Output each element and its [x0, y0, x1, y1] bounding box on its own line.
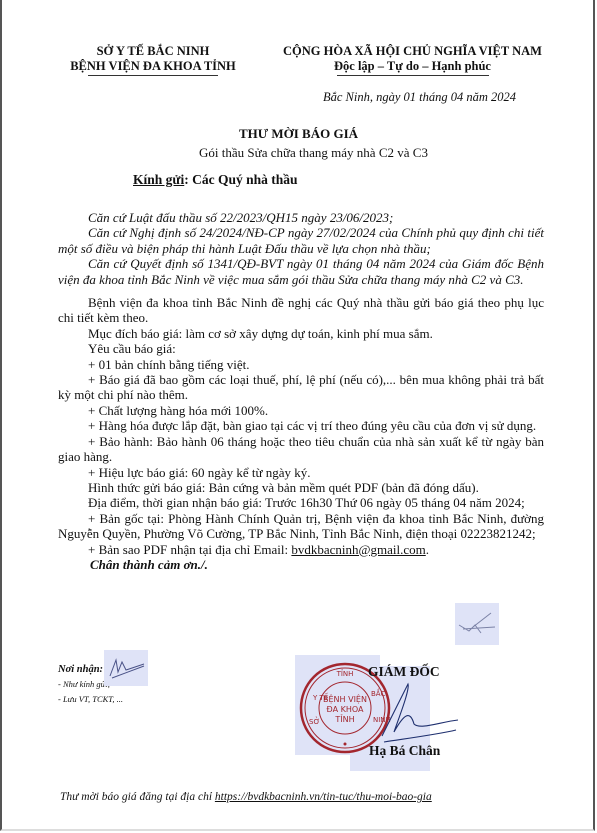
stamp-line: BỆNH VIỆN — [323, 693, 367, 705]
svg-text:SỞ: SỞ — [309, 716, 320, 726]
request-paragraph: Bệnh viện đa khoa tỉnh Bắc Ninh đề nghị … — [58, 295, 544, 326]
director-signature-icon — [380, 680, 460, 750]
thanks-line: Chân thành cảm ơn./. — [58, 557, 544, 572]
purpose-paragraph: Mục đích báo giá: làm cơ sở xây dựng dự … — [58, 326, 544, 341]
email-link[interactable]: bvdkbacninh@gmail.com — [291, 542, 425, 557]
footer-note: Thư mời báo giá đăng tại địa chỉ https:/… — [60, 791, 432, 803]
letter-body: Căn cứ Luật đấu thầu số 22/2023/QH15 ngà… — [58, 210, 544, 572]
requirement-item: + Báo giá đã bao gồm các loại thuế, phí,… — [58, 372, 544, 403]
requirement-item: + Hiệu lực báo giá: 60 ngày kể từ ngày k… — [58, 465, 544, 480]
submission-form: Hình thức gửi báo giá: Bản cứng và bản m… — [58, 480, 544, 495]
initials-patch-2 — [104, 650, 148, 686]
location-time: Địa điểm, thời gian nhận báo giá: Trước … — [58, 495, 544, 510]
original-address: + Bản gốc tại: Phòng Hành Chính Quản trị… — [58, 511, 544, 542]
legal-basis-1: Căn cứ Luật đấu thầu số 22/2023/QH15 ngà… — [58, 210, 544, 225]
requirement-item: + 01 bản chính bằng tiếng việt. — [58, 357, 544, 372]
agency-header: SỞ Y TẾ BẮC NINH BỆNH VIỆN ĐA KHOA TỈNH — [58, 44, 248, 76]
national-motto: Độc lập – Tự do – Hạnh phúc — [270, 59, 555, 74]
document-title: THƯ MỜI BÁO GIÁ — [0, 126, 597, 142]
copy-email-suffix: . — [426, 542, 429, 557]
initials-patch — [455, 603, 499, 645]
initials-signature-icon — [104, 650, 148, 686]
addressee: Kính gửi: Các Quý nhà thầu — [133, 172, 298, 188]
stamp-line: TỈNH — [334, 713, 354, 724]
initials-signature-icon — [455, 603, 499, 645]
addressee-label: Kính gửi — [133, 172, 184, 187]
stamp-line: ĐA KHOA — [327, 705, 364, 714]
agency-parent: SỞ Y TẾ BẮC NINH — [58, 44, 248, 59]
requirements-label: Yêu cầu báo giá: — [58, 341, 544, 356]
copy-email-line: + Bản sao PDF nhận tại địa chỉ Email: bv… — [58, 542, 544, 557]
signer-title: GIÁM ĐỐC — [368, 664, 440, 680]
footer-prefix: Thư mời báo giá đăng tại địa chỉ — [60, 791, 215, 803]
footer-link[interactable]: https://bvdkbacninh.vn/tin-tuc/thu-moi-b… — [215, 791, 432, 803]
requirement-item: + Hàng hóa được lắp đặt, bàn giao tại cá… — [58, 418, 544, 433]
copy-email-prefix: + Bản sao PDF nhận tại địa chỉ Email: — [88, 542, 291, 557]
motto-divider — [337, 75, 489, 76]
national-title: CỘNG HÒA XÃ HỘI CHỦ NGHĨA VIỆT NAM — [270, 44, 555, 59]
national-header: CỘNG HÒA XÃ HỘI CHỦ NGHĨA VIỆT NAM Độc l… — [270, 44, 555, 76]
recipient-item: - Lưu VT, TCKT, ... — [58, 694, 123, 704]
signer-name: Hạ Bá Chân — [369, 743, 440, 759]
requirement-item: + Bảo hành: Bảo hành 06 tháng hoặc theo … — [58, 434, 544, 465]
legal-basis-3: Căn cứ Quyết định số 1341/QĐ-BVT ngày 01… — [58, 256, 544, 287]
document-subtitle: Gói thầu Sửa chữa thang máy nhà C2 và C3 — [0, 145, 597, 161]
addressee-value: : Các Quý nhà thầu — [184, 172, 297, 187]
agency-name: BỆNH VIỆN ĐA KHOA TỈNH — [58, 59, 248, 74]
header-divider — [88, 75, 218, 76]
document-date: Bắc Ninh, ngày 01 tháng 04 năm 2024 — [323, 90, 516, 105]
legal-basis-2: Căn cứ Nghị định số 24/2024/NĐ-CP ngày 2… — [58, 225, 544, 256]
svg-text:TỈNH: TỈNH — [336, 669, 354, 678]
requirement-item: + Chất lượng hàng hóa mới 100%. — [58, 403, 544, 418]
